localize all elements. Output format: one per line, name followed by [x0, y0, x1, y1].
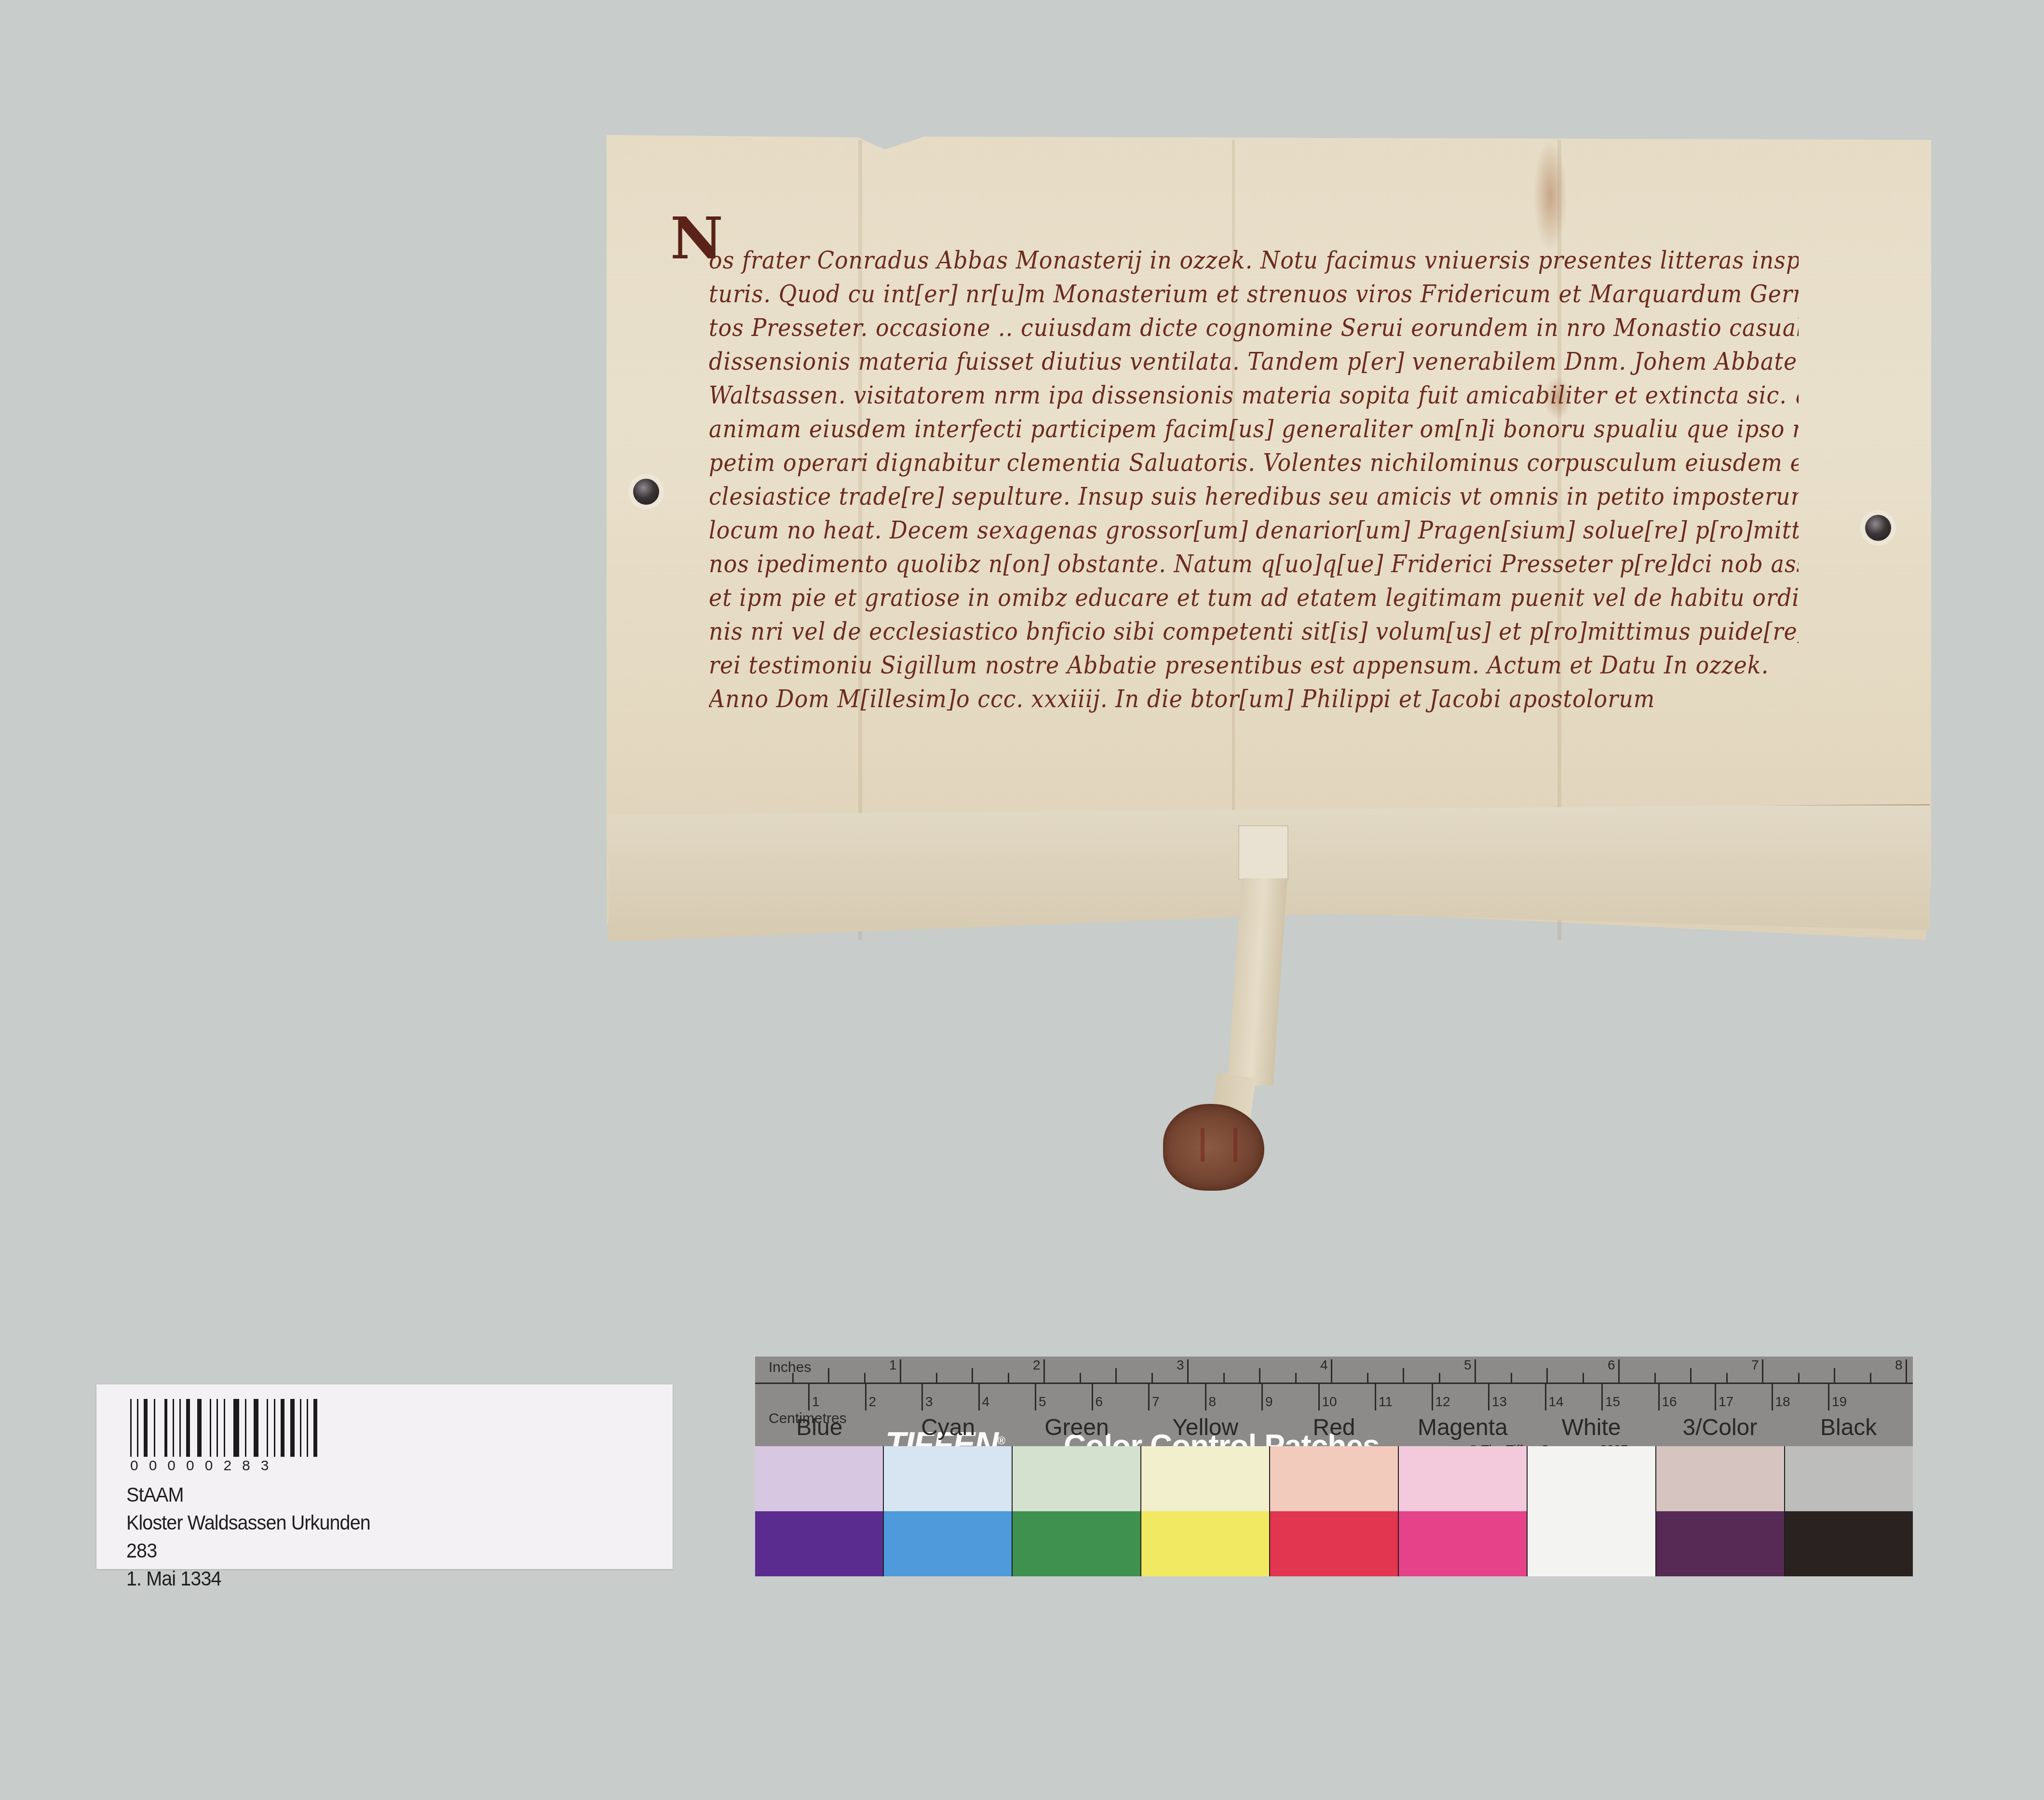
barcode [130, 1399, 320, 1457]
inch-subtick [828, 1368, 829, 1383]
cm-tick [1148, 1384, 1150, 1410]
label-number: 283 [126, 1537, 370, 1565]
color-patch-green [1013, 1446, 1141, 1576]
cm-number: 2 [869, 1394, 877, 1410]
barcode-bar [164, 1399, 167, 1457]
inch-subtick [1008, 1373, 1009, 1383]
barcode-bar [245, 1399, 246, 1457]
color-patch-magenta [1399, 1446, 1528, 1576]
barcode-bar [186, 1399, 190, 1457]
patch-label-magenta: Magenta [1398, 1414, 1527, 1441]
cm-tick [865, 1384, 866, 1410]
inch-subtick [936, 1373, 937, 1383]
cm-tick [1318, 1384, 1320, 1410]
color-patch-3-color [1656, 1446, 1785, 1576]
cm-tick [1488, 1384, 1489, 1410]
script-line: et ipm pie et gratiose in omibz educare … [709, 579, 1799, 616]
cm-number: 3 [925, 1394, 933, 1410]
cm-tick [1772, 1384, 1773, 1410]
inch-number: 6 [1608, 1357, 1615, 1373]
barcode-bar [287, 1399, 288, 1457]
script-line: rei testimoniu Sigillum nostre Abbatie p… [709, 647, 1799, 684]
script-line: locum no heat. Decem sexagenas grossor[u… [709, 512, 1799, 549]
script-line: petim operari dignabitur clementia Salua… [709, 444, 1799, 481]
patch-label-3-color: 3/Color [1655, 1414, 1784, 1441]
patch-label-blue: Blue [755, 1414, 884, 1441]
script-line: nos ipedimento quolibz n[on] obstante. N… [709, 546, 1799, 582]
cm-number: 5 [1039, 1394, 1046, 1410]
script-line: os frater Conradus Abbas Monasterij in o… [709, 242, 1799, 279]
barcode-bar [137, 1399, 138, 1457]
barcode-bar [192, 1399, 195, 1457]
cm-number: 15 [1605, 1394, 1620, 1410]
inch-subtick [1223, 1373, 1225, 1383]
patch-label-green: Green [1013, 1414, 1141, 1441]
script-line: dissensionis materia fuisset diutius ven… [709, 343, 1799, 380]
cm-number: 8 [1209, 1394, 1217, 1410]
barcode-bar [311, 1399, 311, 1457]
cm-tick [1658, 1384, 1660, 1410]
inch-subtick [1870, 1373, 1871, 1383]
inch-subtick [1115, 1368, 1117, 1383]
barcode-bar [281, 1399, 284, 1457]
barcode-bar [313, 1399, 317, 1457]
color-patch-cyan [884, 1446, 1013, 1576]
barcode-bar [224, 1399, 225, 1457]
barcode-bar [179, 1399, 181, 1457]
inch-tick [1475, 1359, 1476, 1383]
cm-number: 6 [1096, 1394, 1103, 1410]
cm-tick [1035, 1384, 1036, 1410]
color-patch-black [1785, 1446, 1913, 1576]
cm-number: 13 [1492, 1394, 1507, 1410]
cm-tick [1545, 1384, 1546, 1410]
script-line: Anno Dom M[illesim]o ccc. xxxiiij. In di… [709, 681, 1799, 717]
inch-subtick [792, 1373, 794, 1383]
barcode-bar [297, 1399, 298, 1457]
inch-tick [1618, 1359, 1620, 1383]
barcode-bar [154, 1399, 155, 1457]
label-date: 1. Mai 1334 [126, 1565, 370, 1593]
cm-number: 4 [982, 1394, 990, 1410]
barcode-bar [300, 1399, 301, 1457]
inch-subtick [972, 1368, 973, 1383]
inch-number: 4 [1320, 1357, 1328, 1373]
barcode-bar [134, 1399, 135, 1457]
cm-number: 12 [1435, 1394, 1450, 1410]
inch-subtick [864, 1373, 866, 1383]
inch-ruler [755, 1357, 1913, 1384]
cm-number: 18 [1775, 1394, 1790, 1410]
barcode-digits: 00000283 [130, 1458, 279, 1474]
script-line: animam eiusdem interfecti participem fac… [709, 411, 1799, 447]
label-archive: StAAM [126, 1481, 370, 1509]
inch-subtick [1367, 1373, 1368, 1383]
script-line: turis. Quod cu int[er] nr[u]m Monasteriu… [709, 276, 1799, 312]
cm-number: 19 [1832, 1394, 1847, 1410]
barcode-bar [204, 1399, 208, 1457]
cm-tick [1205, 1384, 1206, 1410]
script-line: clesiastice trade[re] sepulture. Insup s… [709, 478, 1799, 515]
barcode-bar [228, 1399, 231, 1457]
inch-tick [1906, 1359, 1907, 1383]
cm-number: 9 [1265, 1394, 1273, 1410]
inch-subtick [1511, 1373, 1512, 1383]
barcode-bar [242, 1399, 243, 1457]
mount-pin-icon [633, 479, 659, 505]
seal-impression-icon [1201, 1128, 1237, 1162]
label-collection: Kloster Waldsassen Urkunden [126, 1509, 370, 1537]
color-patch-white [1528, 1446, 1656, 1576]
inch-subtick [1439, 1373, 1440, 1383]
patch-label-red: Red [1270, 1414, 1398, 1441]
inch-tick [900, 1359, 901, 1383]
script-line: tos Presseter. occasione .. cuiusdam dic… [709, 309, 1799, 346]
barcode-bar [173, 1399, 174, 1457]
cm-tick [1261, 1384, 1263, 1410]
inch-subtick [1546, 1368, 1548, 1383]
patch-label-white: White [1527, 1414, 1656, 1441]
inch-subtick [1583, 1373, 1584, 1383]
inch-subtick [1403, 1368, 1404, 1383]
barcode-bar [170, 1399, 171, 1457]
barcode-bar [130, 1399, 132, 1457]
patch-label-cyan: Cyan [884, 1414, 1013, 1441]
color-patch-red [1270, 1446, 1399, 1576]
barcode-bar [249, 1399, 252, 1457]
inch-subtick [1151, 1373, 1153, 1383]
inch-tick [1043, 1359, 1045, 1383]
barcode-bar [144, 1399, 148, 1457]
inch-subtick [1295, 1373, 1297, 1383]
inch-number: 5 [1464, 1357, 1472, 1373]
barcode-bar [210, 1399, 211, 1457]
barcode-bar [290, 1399, 295, 1457]
barcode-bar [176, 1399, 177, 1457]
barcode-bar [304, 1399, 305, 1457]
cm-number: 11 [1379, 1394, 1393, 1410]
inch-tick [1331, 1359, 1332, 1383]
light-patch-row [755, 1446, 1913, 1576]
inch-subtick [1654, 1373, 1656, 1383]
barcode-bar [261, 1399, 265, 1457]
inch-subtick [1259, 1368, 1260, 1383]
cm-tick [1601, 1384, 1603, 1410]
inch-number: 1 [889, 1357, 897, 1373]
inch-subtick [1726, 1373, 1728, 1383]
cm-number: 17 [1719, 1394, 1733, 1410]
inch-number: 8 [1895, 1357, 1903, 1373]
inch-subtick [1080, 1373, 1081, 1383]
charter-text: N os frater Conradus Abbas Monasterij in… [709, 243, 1799, 716]
barcode-bar [278, 1399, 279, 1457]
barcode-bar [267, 1399, 268, 1457]
color-patch-yellow [1141, 1446, 1270, 1576]
inch-tick [1762, 1359, 1763, 1383]
mount-pin-icon [1865, 515, 1891, 541]
color-patch-blue [755, 1446, 884, 1576]
cm-number: 1 [812, 1394, 820, 1410]
cm-tick [808, 1384, 810, 1410]
barcode-bar [274, 1399, 275, 1457]
barcode-bar [233, 1399, 239, 1457]
barcode-bar [141, 1399, 142, 1457]
cm-number: 7 [1152, 1394, 1160, 1410]
inch-subtick [1798, 1373, 1800, 1383]
barcode-bar [214, 1399, 215, 1457]
barcode-bar [220, 1399, 222, 1457]
barcode-bar [217, 1399, 218, 1457]
inch-number: 3 [1177, 1357, 1184, 1373]
cm-tick [921, 1384, 923, 1410]
cm-tick [978, 1384, 980, 1410]
inch-tick [1187, 1359, 1189, 1383]
inch-subtick [1690, 1368, 1692, 1383]
barcode-bar [254, 1399, 258, 1457]
inch-subtick [1834, 1368, 1835, 1383]
cm-tick [1092, 1384, 1093, 1410]
patch-label-black: Black [1784, 1414, 1913, 1441]
cm-number: 10 [1322, 1394, 1337, 1410]
barcode-bar [150, 1399, 152, 1457]
color-control-card: Inches Centimetres TIFFEN® Color Control… [755, 1357, 1913, 1576]
barcode-bar [271, 1399, 272, 1457]
cm-number: 14 [1549, 1394, 1564, 1410]
script-line: Waltsassen. visitatorem nrm ipa dissensi… [709, 377, 1799, 414]
cm-tick [1432, 1384, 1433, 1410]
barcode-bar [158, 1399, 162, 1457]
cm-tick [1375, 1384, 1376, 1410]
barcode-bar [307, 1399, 308, 1457]
seal-tag-slot [1238, 825, 1288, 880]
water-stain [1533, 140, 1567, 251]
barcode-bar [183, 1399, 184, 1457]
barcode-bar [197, 1399, 202, 1457]
archive-label: 00000283 StAAM Kloster Waldsassen Urkund… [96, 1384, 673, 1569]
inches-label: Inches [769, 1359, 811, 1376]
script-line: nis nri vel de ecclesiastico bnficio sib… [709, 613, 1799, 650]
cm-tick [1828, 1384, 1829, 1410]
patch-label-yellow: Yellow [1141, 1414, 1270, 1441]
cm-tick [1715, 1384, 1716, 1410]
cm-number: 16 [1662, 1394, 1677, 1410]
inch-number: 7 [1751, 1357, 1759, 1373]
inch-number: 2 [1033, 1357, 1041, 1373]
